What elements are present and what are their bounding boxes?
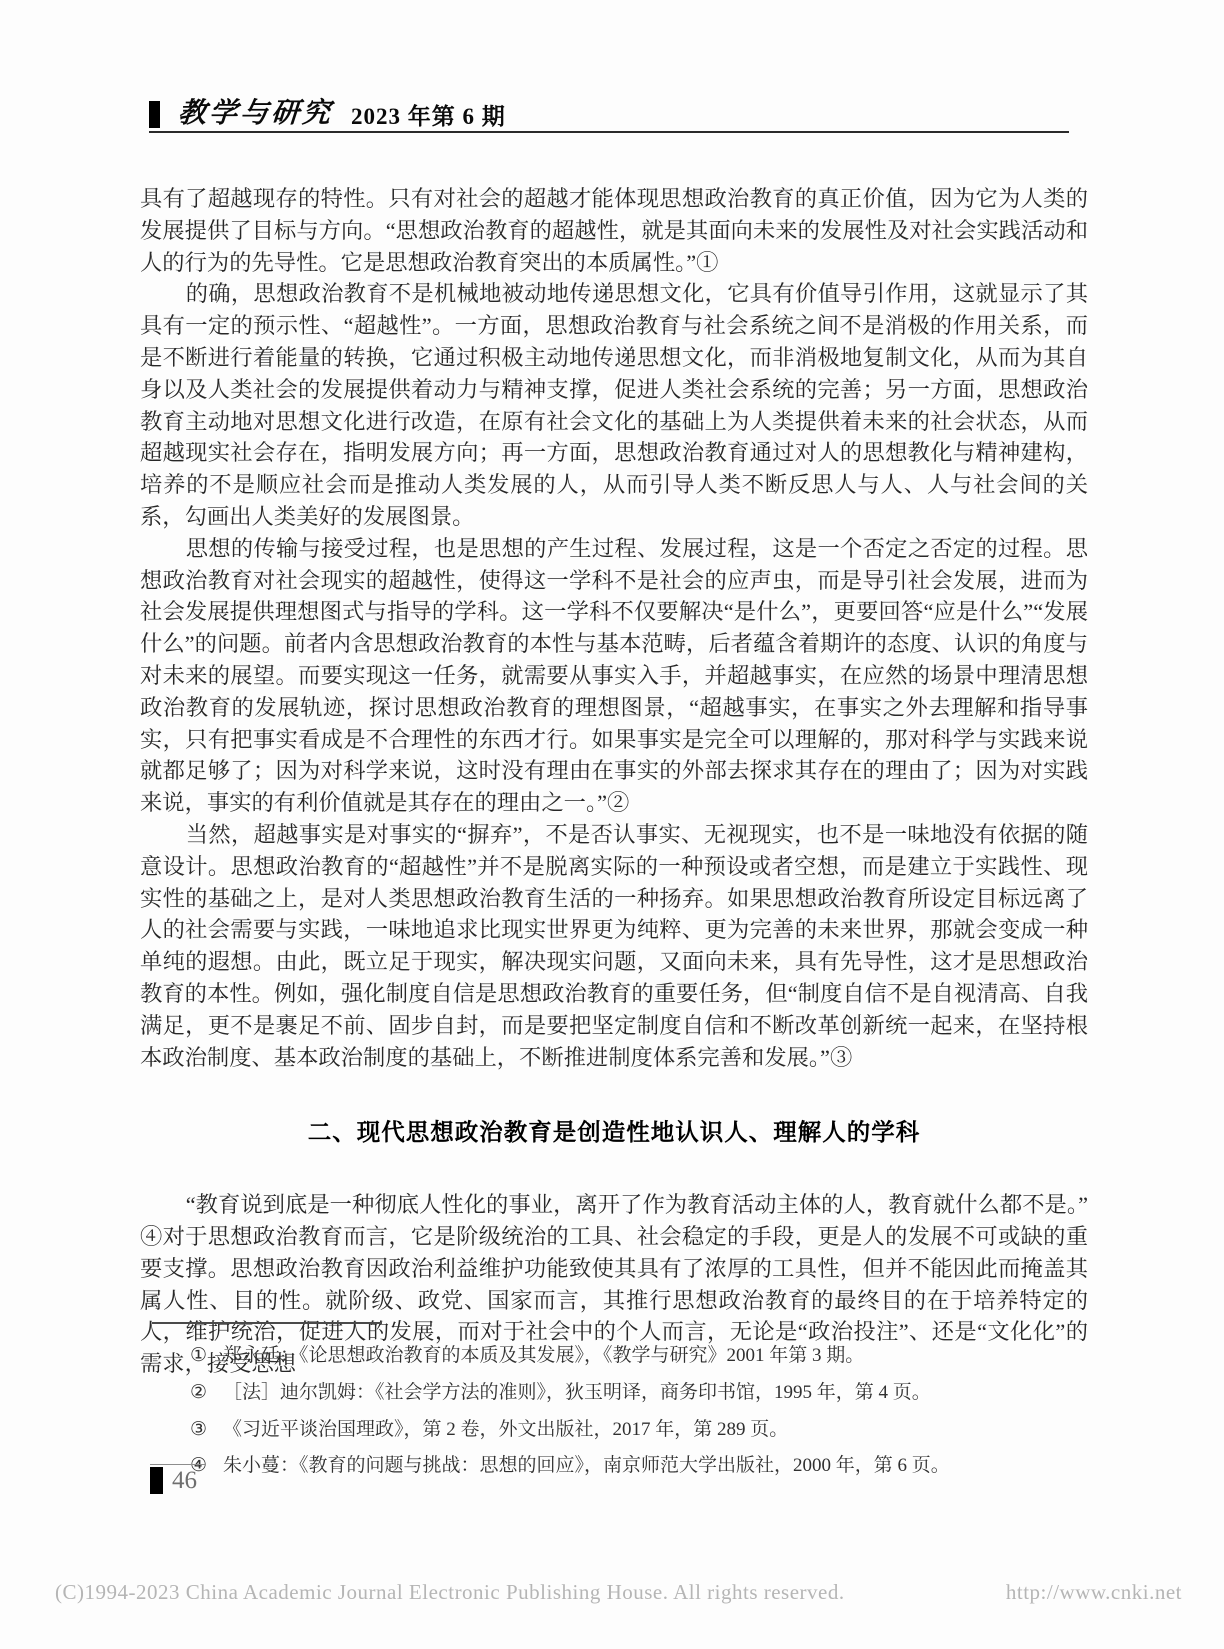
page-header: 教学与研究 2023 年第 6 期 bbox=[149, 100, 1069, 133]
footnote: ④朱小蔓：《教育的问题与挑战：思想的回应》，南京师范大学出版社，2000 年，第… bbox=[152, 1448, 1088, 1485]
section-heading: 二、现代思想政治教育是创造性地认识人、理解人的学科 bbox=[140, 1117, 1088, 1149]
body-paragraph: 当然，超越事实是对事实的“摒弃”，不是否认事实、无视现实，也不是一味地没有依据的… bbox=[140, 819, 1088, 1073]
footnote: ③《习近平谈治国理政》，第 2 卷，外文出版社，2017 年，第 289 页。 bbox=[152, 1412, 1088, 1449]
footnote-separator-rule bbox=[152, 1322, 382, 1324]
footnote: ②［法］迪尔凯姆：《社会学方法的准则》，狄玉明译，商务印书馆，1995 年，第 … bbox=[152, 1375, 1088, 1412]
body-paragraph: 思想的传输与接受过程，也是思想的产生过程、发展过程，这是一个否定之否定的过程。思… bbox=[140, 533, 1088, 819]
article-body: 具有了超越现存的特性。只有对社会的超越才能体现思想政治教育的真正价值，因为它为人… bbox=[140, 183, 1088, 1380]
page-number: 46 bbox=[150, 1464, 206, 1495]
footnote-marker: ③ bbox=[190, 1419, 207, 1440]
copyright-footer: (C)1994-2023 China Academic Journal Elec… bbox=[55, 1580, 1182, 1605]
footnote-text: ［法］迪尔凯姆：《社会学方法的准则》，狄玉明译，商务印书馆，1995 年，第 4… bbox=[223, 1382, 931, 1403]
footnote-text: 《习近平谈治国理政》，第 2 卷，外文出版社，2017 年，第 289 页。 bbox=[223, 1419, 788, 1440]
page-number-bar-icon bbox=[150, 1467, 163, 1494]
copyright-text: (C)1994-2023 China Academic Journal Elec… bbox=[55, 1580, 845, 1605]
cnki-url: http://www.cnki.net bbox=[1006, 1580, 1182, 1605]
journal-issue: 2023 年第 6 期 bbox=[351, 105, 506, 128]
page-number-value: 46 bbox=[172, 1467, 197, 1495]
header-black-bar-icon bbox=[149, 101, 160, 128]
footnote-marker: ② bbox=[190, 1382, 207, 1403]
journal-page: 教学与研究 2023 年第 6 期 具有了超越现存的特性。只有对社会的超越才能体… bbox=[0, 0, 1224, 1649]
footnote-marker: ① bbox=[190, 1345, 207, 1366]
footnote-text: 郑永廷：《论思想政治教育的本质及其发展》，《教学与研究》2001 年第 3 期。 bbox=[223, 1345, 864, 1366]
body-paragraph-continuation: 具有了超越现存的特性。只有对社会的超越才能体现思想政治教育的真正价值，因为它为人… bbox=[140, 183, 1088, 278]
footnotes-section: ①郑永廷：《论思想政治教育的本质及其发展》，《教学与研究》2001 年第 3 期… bbox=[152, 1322, 1088, 1485]
journal-logo: 教学与研究 bbox=[177, 100, 334, 128]
body-paragraph: 的确，思想政治教育不是机械地被动地传递思想文化，它具有价值导引作用，这就显示了其… bbox=[140, 278, 1088, 532]
footnote-text: 朱小蔓：《教育的问题与挑战：思想的回应》，南京师范大学出版社，2000 年，第 … bbox=[223, 1455, 950, 1476]
footnote: ①郑永廷：《论思想政治教育的本质及其发展》，《教学与研究》2001 年第 3 期… bbox=[152, 1338, 1088, 1375]
